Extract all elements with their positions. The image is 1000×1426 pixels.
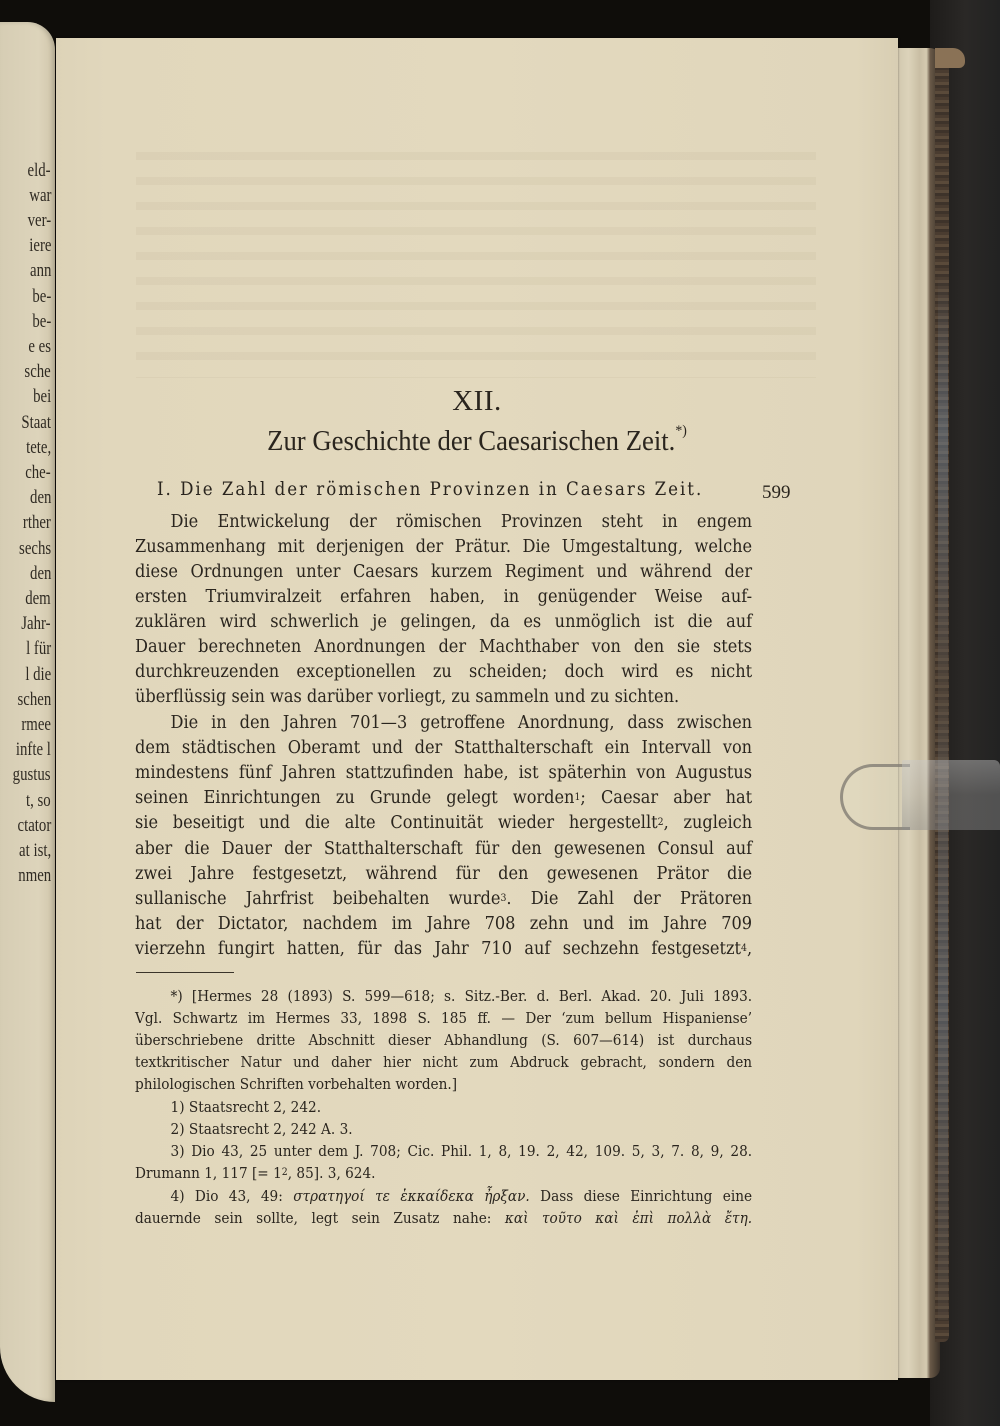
chapter-title-text: Zur Geschichte der Caesarischen Zeit.	[267, 425, 675, 457]
body-line: zwei Jahre festgesetzt, während für den …	[135, 862, 752, 887]
footnote-4-continued: dauernde sein sollte, legt sein Zusatz n…	[135, 1208, 752, 1230]
book-cover-corner	[935, 48, 965, 68]
left-page-fragment: iere	[29, 233, 51, 258]
body-line: sullanische Jahrfrist beibehalten wurde3…	[135, 887, 752, 912]
body-line: zuklären wird schwerlich je gelingen, da…	[135, 610, 752, 635]
footnote-4: 4) Dio 43, 49: στρατηγοί τε ἑκκαίδεκα ἦρ…	[135, 1186, 752, 1208]
greek-quotation: στρατηγοί τε ἑκκαίδεκα ἦρξαν.	[293, 1188, 530, 1205]
chapter-title: Zur Geschichte der Caesarischen Zeit.*)	[90, 425, 865, 458]
left-page-fragment: t, so	[26, 788, 51, 813]
body-text: ; Caesar aber hat	[580, 788, 752, 808]
left-page-fragment: infte l	[16, 737, 51, 762]
footnote-line: Vgl. Schwartz im Hermes 33, 1898 S. 185 …	[135, 1008, 752, 1030]
footnote-ref[interactable]: 3	[500, 893, 506, 904]
left-page-fragment: sche	[25, 359, 51, 384]
body-line: hat der Dictator, nachdem im Jahre 708 z…	[135, 912, 752, 937]
body-line: Zusammenhang mit derjenigen der Prätur. …	[135, 535, 752, 560]
footnote-divider	[136, 972, 234, 973]
footnote-line: *) [Hermes 28 (1893) S. 599—618; s. Sitz…	[135, 986, 752, 1008]
left-page-fragment: nmen	[18, 863, 51, 888]
body-text: vierzehn fungirt hatten, für das Jahr 71…	[135, 939, 741, 959]
left-page-fragment: ver-	[27, 208, 51, 233]
left-page-fragment: be-	[32, 284, 51, 309]
left-page-fragment: rmee	[21, 712, 51, 737]
left-page-fragment: l für	[26, 636, 51, 661]
body-line: vierzehn fungirt hatten, für das Jahr 71…	[135, 937, 752, 962]
left-page-fragment: be-	[32, 309, 51, 334]
body-line: durchkreuzenden exceptionellen zu scheid…	[135, 660, 752, 685]
footnote-3: 3) Dio 43, 25 unter dem J. 708; Cic. Phi…	[135, 1141, 752, 1163]
left-page-fragment: at ist,	[19, 838, 51, 863]
chapter-number: XII.	[56, 385, 898, 418]
footnote-1: 1) Staatsrecht 2, 242.	[135, 1097, 752, 1119]
left-page-fragment: dem	[25, 586, 51, 611]
body-line: Dauer berechneten Anordnungen der Machth…	[135, 635, 752, 660]
footnote-text: 4) Dio 43, 49:	[171, 1188, 294, 1205]
left-page-fragment: che-	[25, 460, 51, 485]
body-line: aber die Dauer der Statthalterschaft für…	[135, 837, 752, 862]
left-page-fragment: l die	[25, 662, 51, 687]
chapter-footnote-mark: *)	[675, 423, 687, 439]
book-page-edges	[895, 48, 940, 1378]
left-page-fragment: ann	[30, 258, 51, 283]
left-page-fragment: den	[30, 485, 51, 510]
footnote-ref[interactable]: 2	[658, 817, 664, 828]
footnote-text: dauernde sein sollte, legt sein Zusatz n…	[135, 1210, 505, 1227]
footnote-line: textkritischer Natur und daher hier nich…	[135, 1052, 752, 1074]
bookmark-clip	[840, 760, 1000, 832]
left-page-fragment: war	[29, 183, 51, 208]
body-text: ,	[747, 939, 752, 959]
left-page-fragment: schen	[17, 687, 51, 712]
left-page: eld- war ver- iere ann be- be- e es sche…	[0, 22, 55, 1402]
footnote-text: Drumann 1, 117 [= 1	[135, 1165, 282, 1182]
left-page-fragment: rther	[23, 510, 51, 535]
body-text: . Die Zahl der Prätoren	[506, 889, 752, 909]
left-page-fragment: Jahr-	[22, 611, 51, 636]
bookmark-clip-bar	[902, 760, 1000, 830]
left-page-fragment: Staat	[21, 410, 51, 435]
body-line: Die Entwickelung der römischen Provinzen…	[135, 510, 752, 535]
body-line: seinen Einrichtungen zu Grunde gelegt wo…	[135, 786, 752, 811]
left-page-fragment: e es	[28, 334, 51, 359]
body-line: mindestens fünf Jahren stattzufinden hab…	[135, 761, 752, 786]
left-page-fragment: den	[30, 561, 51, 586]
body-text: sullanische Jahrfrist beibehalten wurde	[135, 889, 500, 909]
bookmark-clip-loop	[840, 764, 910, 830]
body-text: , zugleich	[664, 813, 753, 833]
left-page-fragment: ctator	[17, 813, 51, 838]
footnote-line: philologischen Schriften vorbehalten wor…	[135, 1074, 752, 1096]
bleed-through-texture	[136, 138, 816, 378]
body-text: sie beseitigt und die alte Continuität w…	[135, 813, 658, 833]
body-line: sie beseitigt und die alte Continuität w…	[135, 811, 752, 836]
body-line: ersten Triumviralzeit erfahren haben, in…	[135, 585, 752, 610]
left-page-fragment: bei	[33, 384, 51, 409]
footnote-edition-mark: 2	[282, 1167, 288, 1178]
footnote-ref[interactable]: 4	[741, 943, 747, 954]
body-line: Die in den Jahren 701—3 getroffene Anord…	[135, 711, 752, 736]
section-heading: I. Die Zahl der römischen Provinzen in C…	[157, 479, 703, 500]
footnote-line: überschriebene dritte Abschnitt dieser A…	[135, 1030, 752, 1052]
footnote-text: , 85]. 3, 624.	[288, 1165, 376, 1182]
footnote-ref[interactable]: 1	[574, 792, 580, 803]
body-line: diese Ordnungen unter Caesars kurzem Reg…	[135, 560, 752, 585]
left-page-fragment: tete,	[26, 435, 51, 460]
left-page-fragment: sechs	[19, 536, 51, 561]
body-line: überflüssig sein was darüber vorliegt, z…	[135, 685, 752, 710]
body-line: dem städtischen Oberamt und der Statthal…	[135, 736, 752, 761]
greek-quotation: καὶ τοῦτο καὶ ἐπὶ πολλὰ ἔτη.	[505, 1210, 752, 1227]
book-page: XII. Zur Geschichte der Caesarischen Zei…	[56, 38, 898, 1380]
footnote-text: Dass diese Einrichtung eine	[530, 1188, 752, 1205]
left-page-fragment: gustus	[13, 762, 51, 787]
left-page-fragment: eld-	[28, 158, 51, 183]
page-number: 599	[762, 482, 791, 504]
footnote-2: 2) Staatsrecht 2, 242 A. 3.	[135, 1119, 752, 1141]
footnote-3-continued: Drumann 1, 117 [= 12, 85]. 3, 624.	[135, 1163, 752, 1185]
body-text: seinen Einrichtungen zu Grunde gelegt wo…	[135, 788, 574, 808]
